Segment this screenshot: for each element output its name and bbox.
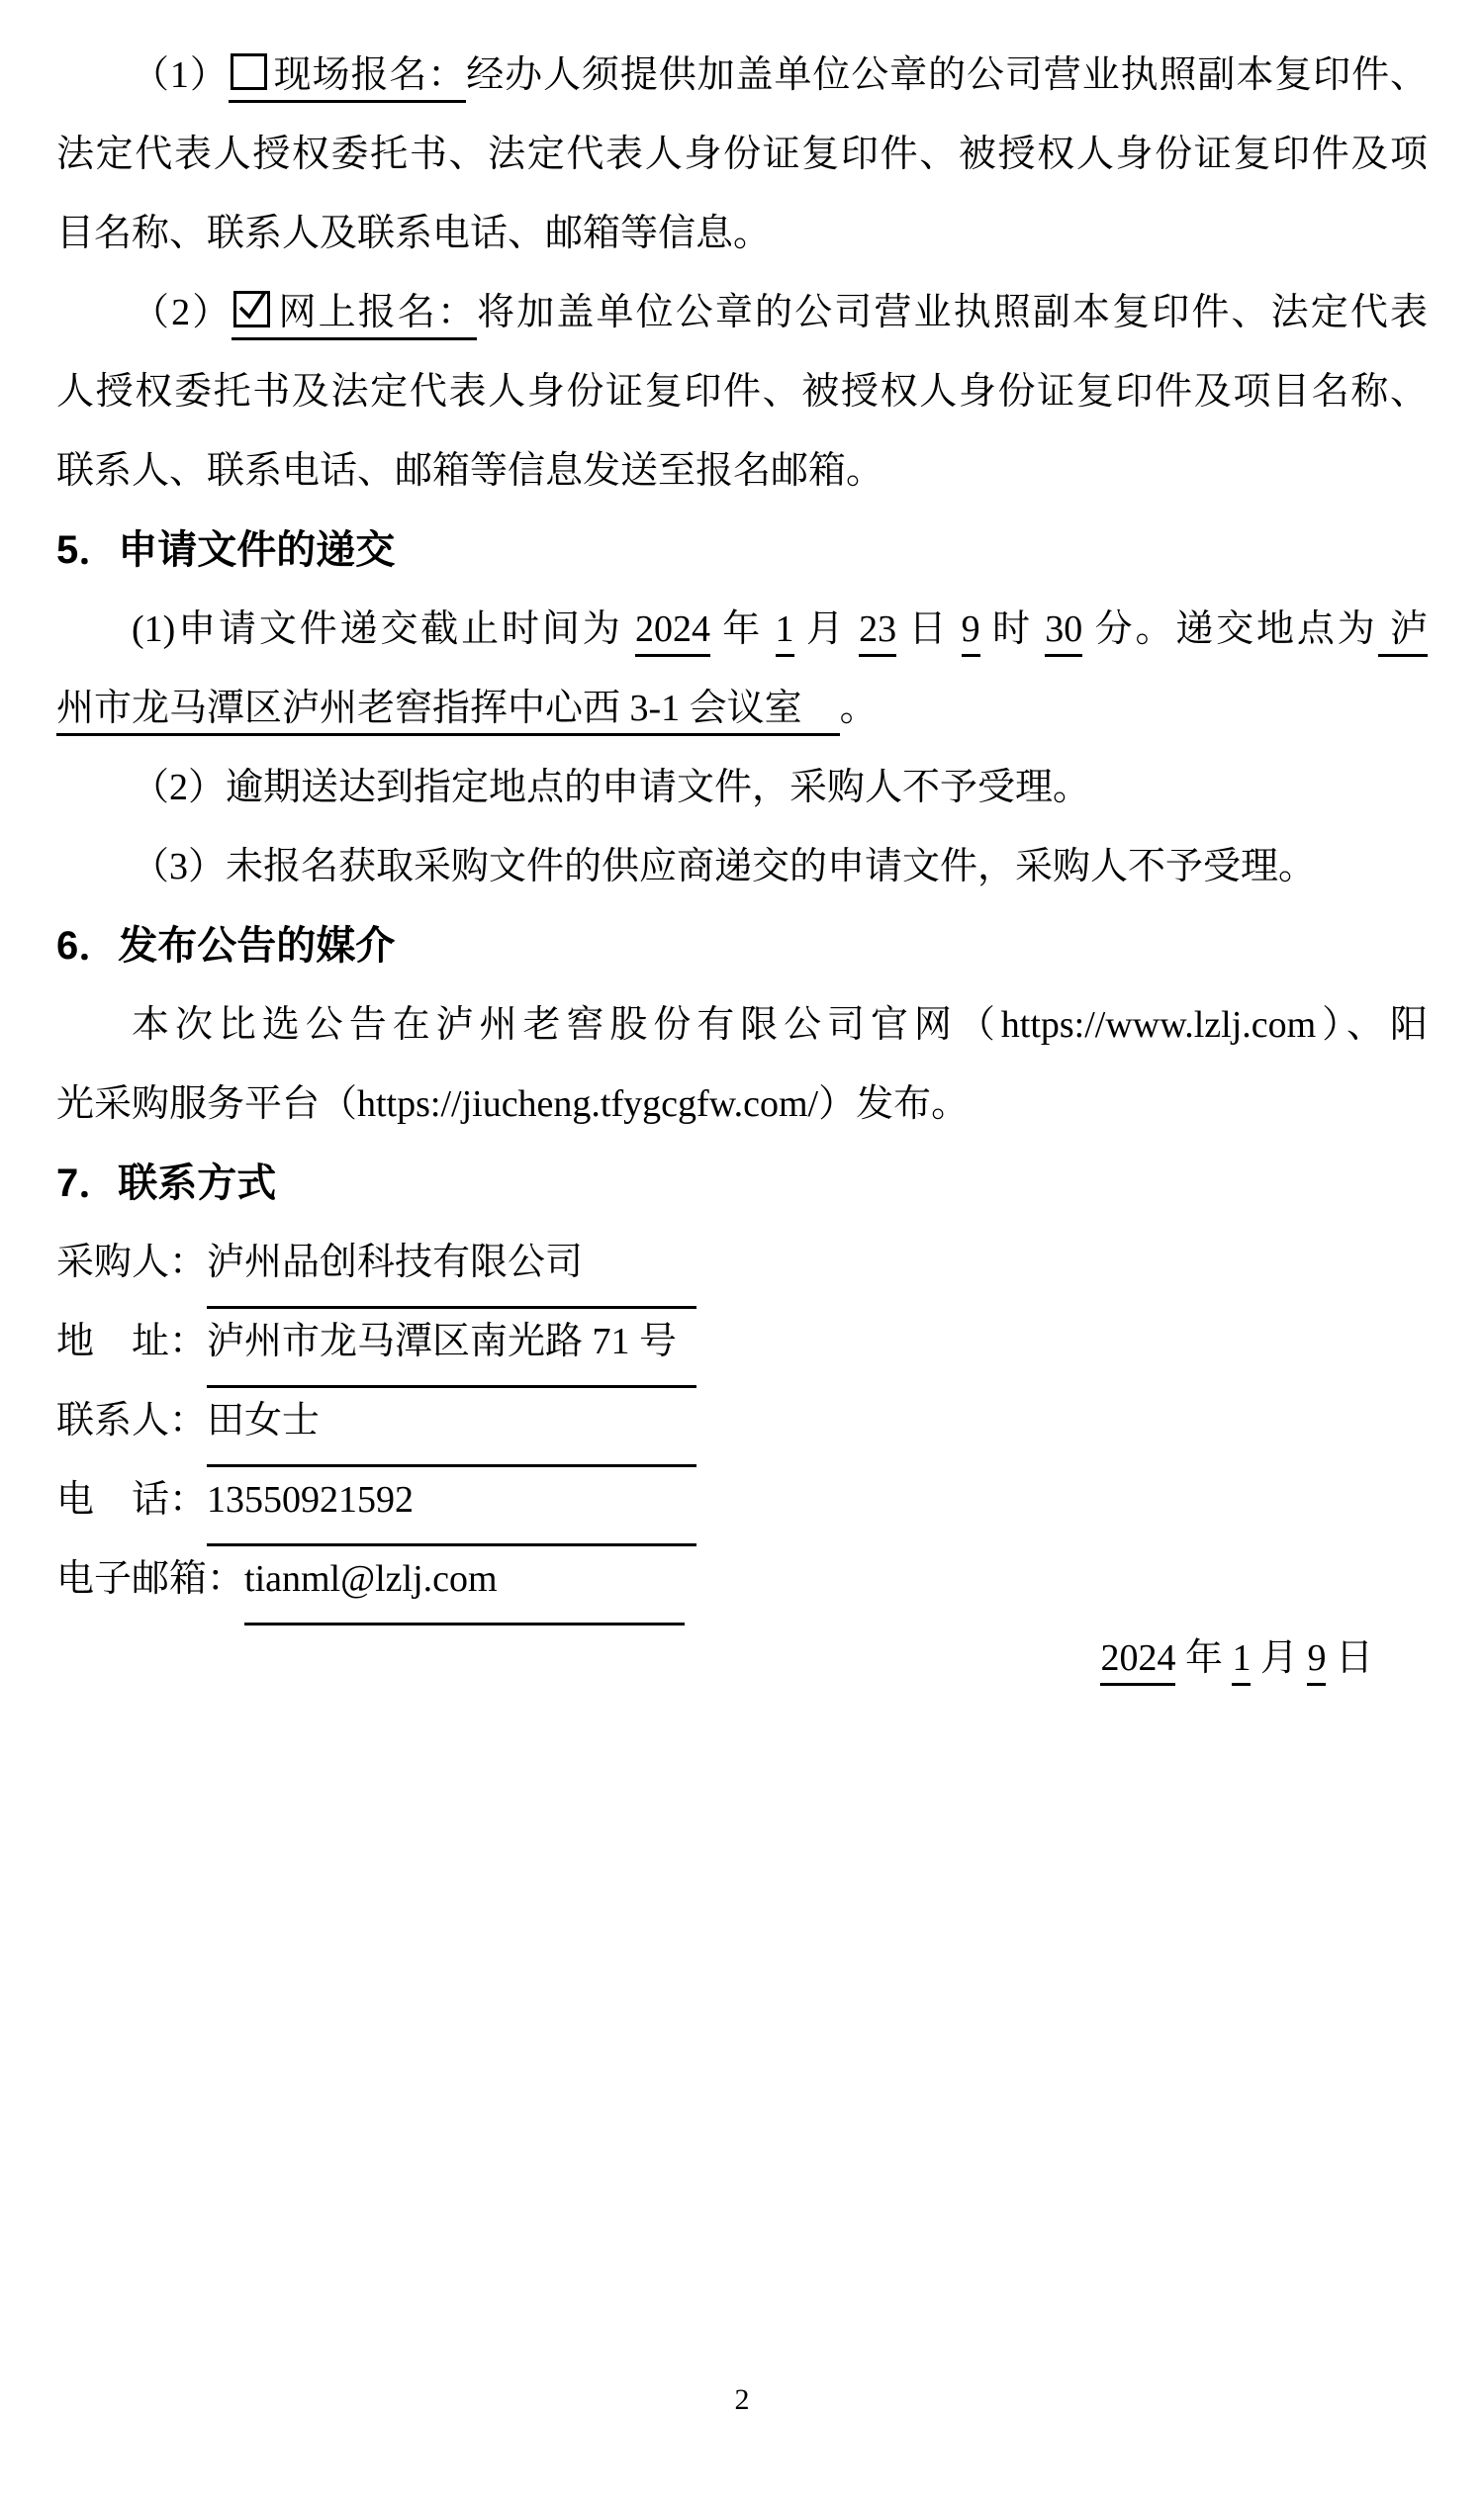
onsite-registration-line-1: （1）现场报名：经办人须提供加盖单位公章的公司营业执照副本复印件、	[56, 36, 1428, 115]
contact-row-purchaser: 采购人：泸州品创科技有限公司	[56, 1223, 1428, 1302]
date-month: 1	[1232, 1637, 1251, 1686]
section-5-item-3: （3）未报名获取采购文件的供应商递交的申请文件，采购人不予受理。	[56, 827, 1428, 906]
section-5-item-2: （2）逾期送达到指定地点的申请文件，采购人不予受理。	[56, 748, 1428, 827]
paragraph-text: 目名称、联系人及联系电话、邮箱等信息。	[56, 213, 771, 254]
deadline-line-1: (1)申请文件递交截止时间为 2024 年 1 月 23 日 9 时 30 分。…	[56, 590, 1428, 669]
deadline-prefix: (1)申请文件递交截止时间为	[132, 608, 635, 650]
text: 年	[1175, 1637, 1232, 1679]
paragraph-text: 法定代表人授权委托书、法定代表人身份证复印件、被授权人身份证复印件及项	[56, 134, 1428, 175]
heading-text: 6．发布公告的媒介	[56, 924, 395, 968]
paragraph-text: 本次比选公告在泸州老窖股份有限公司官网（https://www.lzlj.com…	[132, 1004, 1428, 1046]
onsite-registration-line-3: 目名称、联系人及联系电话、邮箱等信息。	[56, 194, 1428, 273]
heading-text: 5．申请文件的递交	[56, 528, 395, 572]
text: 日	[1326, 1637, 1373, 1679]
announcement-media-line-1: 本次比选公告在泸州老窖股份有限公司官网（https://www.lzlj.com…	[56, 985, 1428, 1065]
document-page: （1）现场报名：经办人须提供加盖单位公章的公司营业执照副本复印件、 法定代表人授…	[0, 0, 1484, 2508]
onsite-registration-label: 现场报名：	[229, 54, 466, 103]
text: 。	[840, 688, 878, 729]
item-number: （1）	[132, 54, 229, 96]
online-registration-line-2: 人授权委托书及法定代表人身份证复印件、被授权人身份证复印件及项目名称、	[56, 352, 1428, 431]
online-registration-line-3: 联系人、联系电话、邮箱等信息发送至报名邮箱。	[56, 431, 1428, 511]
online-registration-label-text: 网上报名：	[276, 292, 477, 333]
heading-text: 7．联系方式	[56, 1161, 276, 1205]
deadline-minute: 30	[1045, 608, 1082, 657]
online-registration-label: 网上报名：	[232, 292, 477, 340]
text: 时	[980, 608, 1046, 650]
checkbox-unchecked-icon	[231, 53, 267, 90]
deadline-month: 1	[776, 608, 794, 657]
field-label: 采购人：	[56, 1242, 207, 1283]
paragraph-text: （3）未报名获取采购文件的供应商递交的申请文件，采购人不予受理。	[132, 846, 1316, 887]
paragraph-text: （2）逾期送达到指定地点的申请文件，采购人不予受理。	[132, 767, 1090, 808]
deadline-day: 23	[859, 608, 896, 657]
deadline-line-2: 州市龙马潭区泸州老窖指挥中心西 3-1 会议室 。	[56, 669, 1428, 748]
field-label: 地 址：	[56, 1321, 207, 1362]
paragraph-text: 人授权委托书及法定代表人身份证复印件、被授权人身份证复印件及项目名称、	[56, 371, 1428, 413]
text: 月	[794, 608, 860, 650]
delivery-location-rest: 州市龙马潭区泸州老窖指挥中心西 3-1 会议室	[56, 688, 840, 736]
page-number: 2	[0, 2380, 1484, 2420]
onsite-registration-label-text: 现场报名：	[273, 54, 466, 96]
section-7-heading: 7．联系方式	[56, 1144, 1428, 1223]
onsite-registration-text: 经办人须提供加盖单位公章的公司营业执照副本复印件、	[466, 54, 1428, 96]
online-registration-line-1: （2）网上报名：将加盖单位公章的公司营业执照副本复印件、法定代表	[56, 273, 1428, 352]
text: 月	[1251, 1637, 1307, 1679]
document-body: （1）现场报名：经办人须提供加盖单位公章的公司营业执照副本复印件、 法定代表人授…	[0, 0, 1484, 1698]
text: 日	[896, 608, 962, 650]
date-year: 2024	[1100, 1637, 1175, 1686]
contact-row-contact-person: 联系人：田女士	[56, 1381, 1428, 1460]
field-value: 泸州市龙马潭区南光路 71 号	[207, 1302, 696, 1388]
field-value: tianml@lzlj.com	[244, 1539, 685, 1626]
contact-row-email: 电子邮箱：tianml@lzlj.com	[56, 1539, 1428, 1619]
field-label: 电子邮箱：	[56, 1558, 244, 1600]
field-value: 13550921592	[207, 1460, 696, 1546]
deadline-hour: 9	[962, 608, 980, 657]
section-6-heading: 6．发布公告的媒介	[56, 906, 1428, 985]
field-label: 联系人：	[56, 1400, 207, 1441]
text: 年	[710, 608, 776, 650]
field-label: 电 话：	[56, 1479, 207, 1521]
date-day: 9	[1307, 1637, 1326, 1686]
contact-row-address: 地 址：泸州市龙马潭区南光路 71 号	[56, 1302, 1428, 1381]
item-number: （2）	[132, 292, 232, 333]
contact-row-phone: 电 话：13550921592	[56, 1460, 1428, 1539]
paragraph-text: 光采购服务平台（https://jiucheng.tfygcgfw.com/）发…	[56, 1083, 969, 1125]
field-value: 田女士	[207, 1381, 696, 1467]
field-value: 泸州品创科技有限公司	[207, 1223, 696, 1309]
onsite-registration-line-2: 法定代表人授权委托书、法定代表人身份证复印件、被授权人身份证复印件及项	[56, 115, 1428, 194]
paragraph-text: 联系人、联系电话、邮箱等信息发送至报名邮箱。	[56, 450, 883, 492]
text: 分。递交地点为	[1082, 608, 1377, 650]
announcement-media-line-2: 光采购服务平台（https://jiucheng.tfygcgfw.com/）发…	[56, 1065, 1428, 1144]
delivery-location-start: 泸	[1378, 608, 1428, 657]
checkbox-checked-icon	[233, 291, 270, 327]
document-date: 2024 年 1 月 9 日	[56, 1619, 1428, 1698]
deadline-year: 2024	[635, 608, 710, 657]
section-5-heading: 5．申请文件的递交	[56, 511, 1428, 590]
online-registration-text: 将加盖单位公章的公司营业执照副本复印件、法定代表	[477, 292, 1428, 333]
